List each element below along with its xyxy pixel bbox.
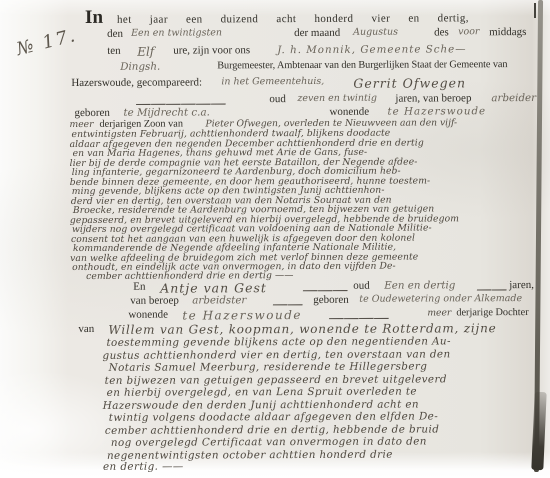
handwritten-bride-occupation: arbeidster [192,294,246,306]
handwritten-line: cember achttienhonderd drie en dertig, h… [105,423,439,436]
handwritten-line: negenentwintigsten october achttien hond… [107,448,393,461]
handwritten-line: toestemming gevende blijkens acte op den… [106,335,451,349]
handwritten-bride-age: Een en dertig [384,279,455,291]
act-opening-line-1: Inhet jaar een duizend acht honderd vier… [85,5,469,29]
handwritten-groom-occupation: arbeider [491,92,536,104]
handwritten-official-name-2: Dingsh. [120,61,160,73]
label-oud: oud [269,93,286,105]
handwritten-groom-age: zeven en twintig [297,93,377,104]
handwritten-month: Augustus [353,27,398,38]
bride-handwritten-paragraph: toestemming gevende blijkens acte op den… [65,0,547,1]
label-van: van [78,323,94,335]
drop-cap-In: In [85,7,103,28]
handwritten-voor: voor [458,26,479,37]
handwritten-line: ten bijwezen van getuigen gepasseerd en … [105,373,447,386]
label-ten: ten [107,45,121,57]
page-edge-tick [534,3,536,18]
handwritten-line: twintig volgens doodacte aldaar afgegeve… [109,410,438,423]
handwritten-line: Notaris Samuel Meerburg, residerende te … [109,360,428,373]
handwritten-hour: Elf [137,45,154,59]
label-geboren: geboren [74,107,109,119]
handwritten-line: en dertig. —— [103,461,184,473]
label-den: den [107,28,123,40]
label-jaren-beroep: jaren, van beroep [395,92,471,104]
label-wonende: wonende [128,309,168,321]
handwritten-groom-birthplace: te Mijdrecht c.a. [123,106,209,118]
handwritten-meer: meer [427,307,451,318]
handwritten-location: in het Gemeentehuis, [221,76,324,87]
label-jaren: jaren, [509,279,534,291]
handwritten-day: Een en twintigsten [131,27,222,38]
label-des: des [434,26,449,38]
label-oud: oud [353,280,370,292]
label-burgemeester: Burgemeester, Ambtenaar van den Burgerli… [217,59,507,71]
handwritten-official-name: J. h. Monnik, Gemeente Sche— [277,43,466,56]
label-ure-voor-ons: ure, zijn voor ons [173,44,250,56]
handwritten-groom-residence: te Hazerswoude [387,105,486,117]
label-dochter-van: derjarige Dochter [456,307,528,318]
groom-handwritten-paragraph: entwintigsten Februarij, achttienhonderd… [65,0,547,1]
label-middags: middags [489,26,526,38]
opening-year-text: het jaar een duizend acht honderd vier e… [117,12,469,26]
label-geboren: geboren [313,294,348,306]
label-van-beroep: van beroep [130,295,179,307]
scanned-document-page: № 17. Inhet jaar een duizend acht honder… [0,0,550,478]
handwritten-groom-name: Gerrit Ofwegen [353,75,466,90]
label-en: En [133,281,145,293]
label-gemeente-gecompareerd: Hazerswoude, gecompareerd: [71,76,202,89]
handwritten-line: en hierbij overgelegd, en van Lena Sprui… [107,386,417,399]
handwritten-bride-name: Antje van Gest [160,280,267,295]
label-wonende: wonende [329,106,369,118]
handwritten-bride-birthplace: te Oudewetering onder Alkemade [359,293,522,305]
label-der-maand: der maand [294,27,340,39]
handwritten-bride-residence: te Hazerswoude [182,308,302,323]
handwritten-line: gustus achttienhonderd vier en dertig, t… [102,348,450,362]
handwritten-line: Hazerswoude den derden Junij achttienhon… [103,398,419,411]
act-text-block: Inhet jaar een duizend acht honderd vier… [65,0,549,478]
handwritten-line: nog overgelegd Certificaat van onvermoge… [111,435,427,448]
